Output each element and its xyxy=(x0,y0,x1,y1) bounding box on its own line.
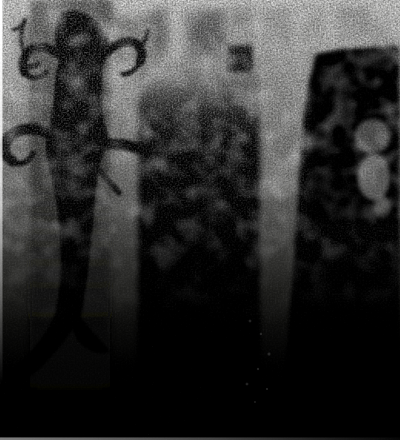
photograph: High-contrast grainy monochrome photogra… xyxy=(0,0,400,440)
scene-svg xyxy=(0,0,400,440)
sparse-speckle-overlay-left xyxy=(0,250,220,440)
sparse-speckle-overlay-right xyxy=(220,250,400,440)
frame-left-edge xyxy=(0,0,3,390)
